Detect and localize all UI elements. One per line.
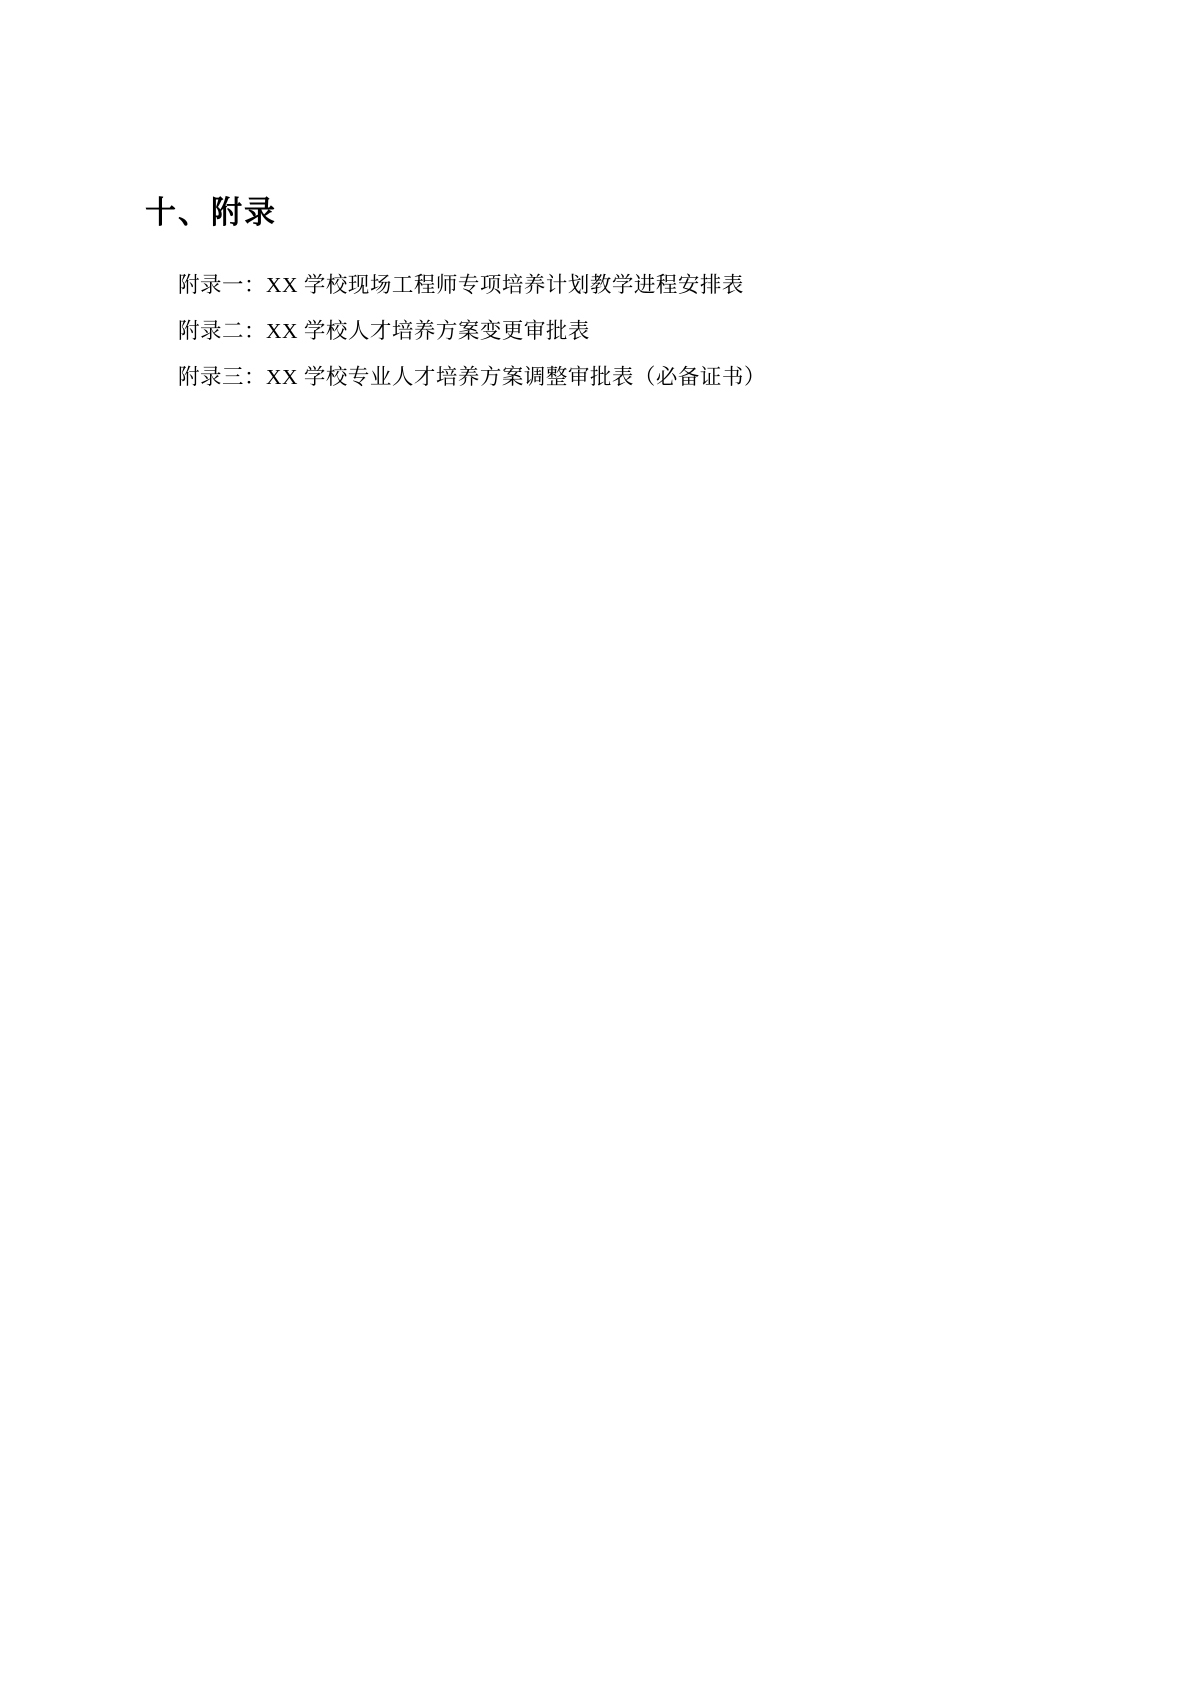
- appendix-item-2: 附录二：XX 学校人才培养方案变更审批表: [178, 308, 766, 354]
- document-page: 十、附录 附录一：XX 学校现场工程师专项培养计划教学进程安排表 附录二：XX …: [0, 0, 1191, 1684]
- appendix-item-1: 附录一：XX 学校现场工程师专项培养计划教学进程安排表: [178, 262, 766, 308]
- appendix-list: 附录一：XX 学校现场工程师专项培养计划教学进程安排表 附录二：XX 学校人才培…: [178, 262, 766, 400]
- section-heading: 十、附录: [145, 193, 277, 233]
- appendix-item-3: 附录三：XX 学校专业人才培养方案调整审批表（必备证书）: [178, 354, 766, 400]
